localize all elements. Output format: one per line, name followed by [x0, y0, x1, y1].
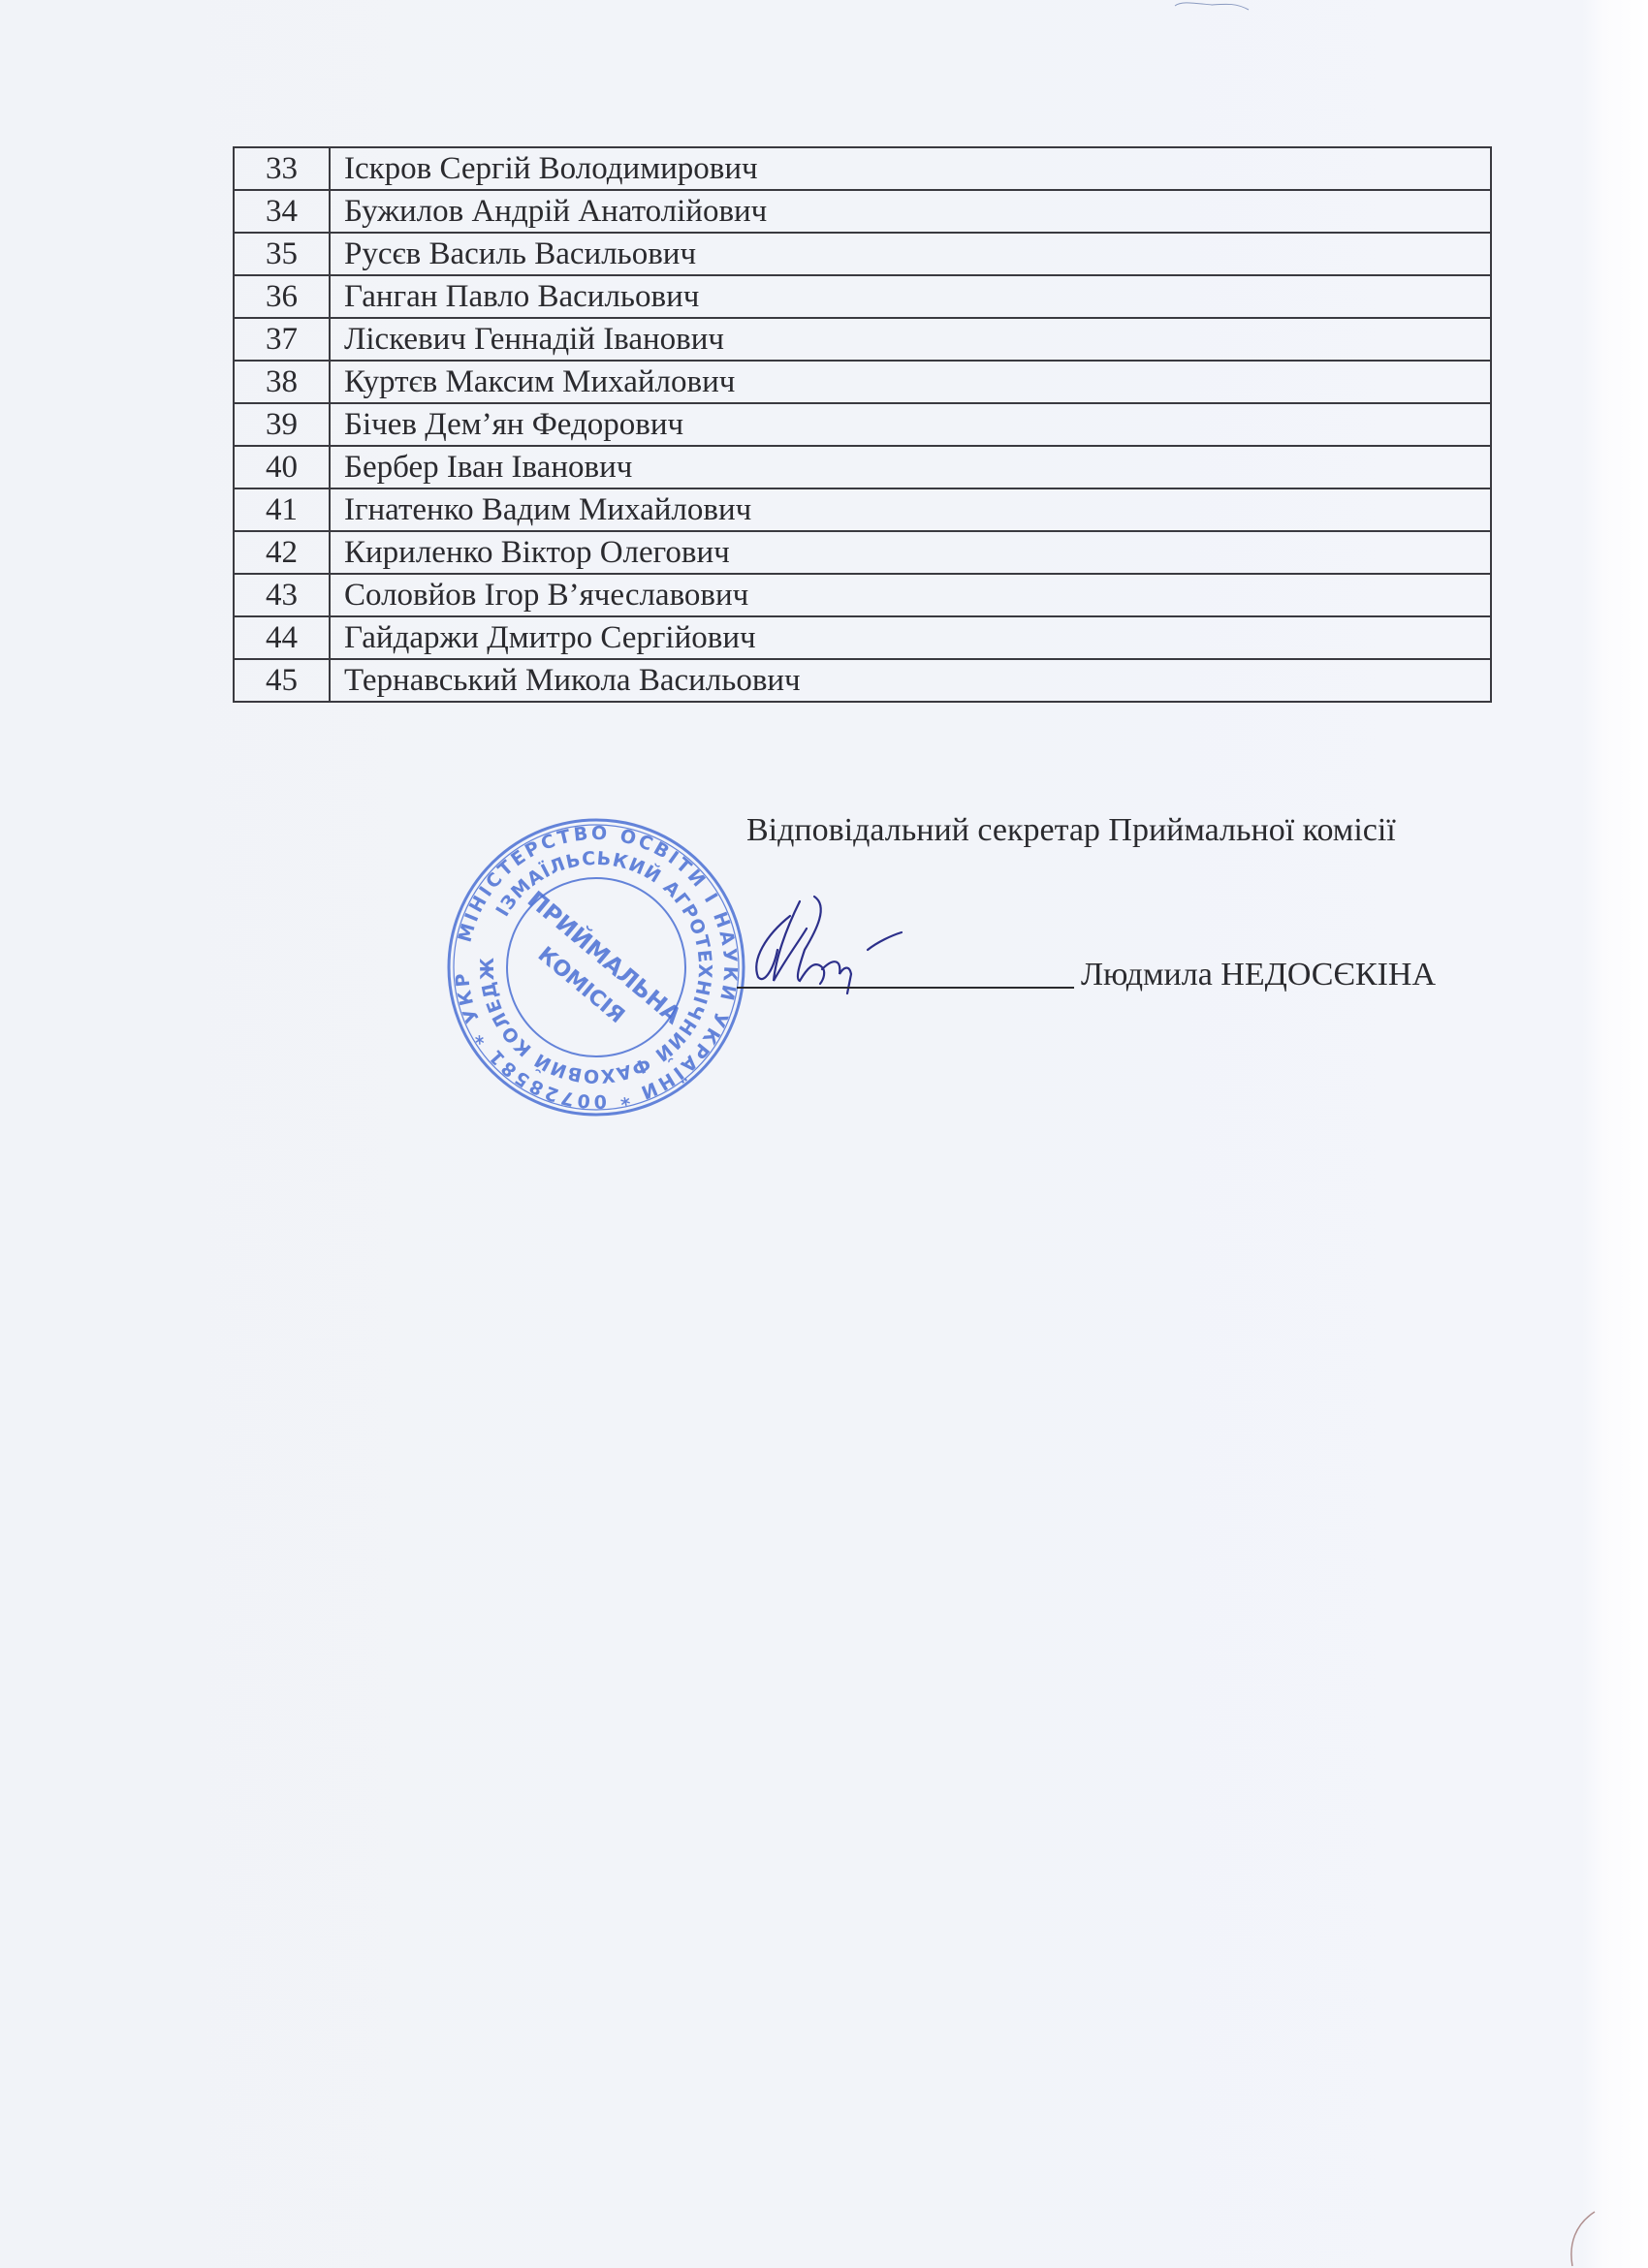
- row-number: 36: [234, 275, 330, 318]
- position-title: Відповідальний секретар Приймальної комі…: [746, 812, 1396, 849]
- students-table: 33 Іскров Сергій Володимирович 34 Бужило…: [233, 146, 1492, 703]
- table-row: 41 Ігнатенко Вадим Михайлович: [234, 488, 1491, 531]
- row-number: 38: [234, 361, 330, 403]
- table-row: 35 Русєв Василь Васильович: [234, 233, 1491, 275]
- table-row: 37 Ліскевич Геннадій Іванович: [234, 318, 1491, 361]
- row-number: 45: [234, 659, 330, 702]
- table-row: 40 Бербер Іван Іванович: [234, 446, 1491, 488]
- table-row: 33 Іскров Сергій Володимирович: [234, 147, 1491, 190]
- table-row: 44 Гайдаржи Дмитро Сергійович: [234, 616, 1491, 659]
- table-row: 45 Тернавський Микола Васильович: [234, 659, 1491, 702]
- row-number: 43: [234, 574, 330, 616]
- row-number: 44: [234, 616, 330, 659]
- row-number: 41: [234, 488, 330, 531]
- row-full-name: Ліскевич Геннадій Іванович: [330, 318, 1491, 361]
- table-row: 43 Соловйов Ігор В’ячеславович: [234, 574, 1491, 616]
- row-number: 39: [234, 403, 330, 446]
- row-number: 37: [234, 318, 330, 361]
- row-full-name: Русєв Василь Васильович: [330, 233, 1491, 275]
- row-full-name: Ганган Павло Васильович: [330, 275, 1491, 318]
- row-full-name: Соловйов Ігор В’ячеславович: [330, 574, 1491, 616]
- stamp-seal: МІНІСТЕРСТВО ОСВІТИ І НАУКИ УКРАЇНИ * 00…: [446, 817, 746, 1118]
- table-row: 38 Куртєв Максим Михайлович: [234, 361, 1491, 403]
- row-full-name: Бужилов Андрій Анатолійович: [330, 190, 1491, 233]
- row-full-name: Куртєв Максим Михайлович: [330, 361, 1491, 403]
- row-number: 35: [234, 233, 330, 275]
- handwritten-signature: [746, 892, 979, 998]
- scan-artifact-curve: [1561, 2210, 1600, 2268]
- signature-line: [737, 987, 1074, 989]
- table-row: 42 Кириленко Віктор Олегович: [234, 531, 1491, 574]
- row-full-name: Іскров Сергій Володимирович: [330, 147, 1491, 190]
- row-full-name: Кириленко Віктор Олегович: [330, 531, 1491, 574]
- table-row: 39 Бічев Дем’ян Федорович: [234, 403, 1491, 446]
- row-number: 34: [234, 190, 330, 233]
- row-number: 33: [234, 147, 330, 190]
- row-full-name: Бербер Іван Іванович: [330, 446, 1491, 488]
- row-number: 40: [234, 446, 330, 488]
- table-row: 36 Ганган Павло Васильович: [234, 275, 1491, 318]
- table-row: 34 Бужилов Андрій Анатолійович: [234, 190, 1491, 233]
- row-number: 42: [234, 531, 330, 574]
- row-full-name: Ігнатенко Вадим Михайлович: [330, 488, 1491, 531]
- row-full-name: Тернавський Микола Васильович: [330, 659, 1491, 702]
- signer-name: Людмила НЕДОСЄКІНА: [1081, 957, 1436, 993]
- row-full-name: Бічев Дем’ян Федорович: [330, 403, 1491, 446]
- scan-artifact-top: [1173, 0, 1260, 14]
- row-full-name: Гайдаржи Дмитро Сергійович: [330, 616, 1491, 659]
